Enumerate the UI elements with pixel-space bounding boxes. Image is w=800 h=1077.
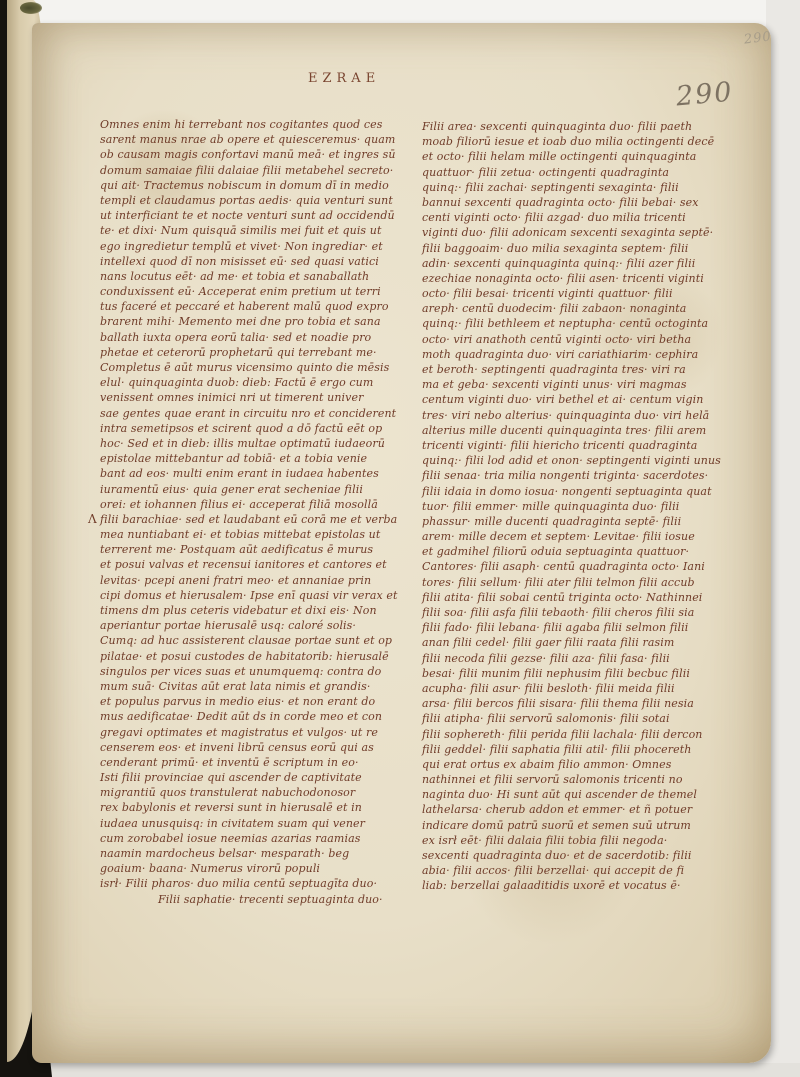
manuscript-line: et gadmihel filiorū oduia septuaginta qu… — [422, 544, 726, 559]
manuscript-line: venissent omnes inimici nri ut timerent … — [100, 390, 396, 405]
manuscript-line: quinq:· filii lod adid et onon· septinge… — [422, 453, 726, 468]
manuscript-line: rex babylonis et reversi sunt in hierusa… — [100, 800, 396, 815]
manuscript-line: indicare domū patrū suorū et semen suū u… — [422, 818, 726, 833]
manuscript-line: timens dm plus ceteris videbatur et dixi… — [100, 603, 396, 618]
manuscript-line: te· et dixi· Num quisquā similis mei fui… — [100, 223, 396, 238]
photographed-manuscript: { "page": { "running_title": "EZRAE", "f… — [0, 0, 800, 1077]
manuscript-line: censerem eos· et inveni librū census eor… — [100, 740, 396, 755]
manuscript-line: phassur· mille ducenti quadraginta septē… — [422, 514, 726, 529]
manuscript-line-indented: Filii saphatie· trecenti septuaginta duo… — [158, 892, 396, 907]
manuscript-line: Omnes enim hi terrebant nos cogitantes q… — [100, 117, 396, 132]
manuscript-line: filii atipha· filii servorū salomonis· f… — [422, 711, 726, 726]
manuscript-line: singulos per vices suas et unumquemq: co… — [100, 664, 396, 679]
manuscript-line: viginti duo· filii adonicam sexcenti sex… — [422, 225, 726, 240]
manuscript-line: Completus ē aūt murus vicensimo quinto d… — [100, 360, 396, 375]
manuscript-line: naginta duo· Hi sunt aūt qui ascender de… — [422, 787, 726, 802]
manuscript-line: Cantores· filii asaph· centū quadraginta… — [422, 559, 726, 574]
manuscript-line: levitas· pcepi aneni fratri meo· et anna… — [100, 573, 396, 588]
manuscript-line: quattuor· filii zetua· octingenti quadra… — [422, 165, 726, 180]
manuscript-line: hoc· Sed et in dieb: illis multae optima… — [100, 436, 396, 451]
manuscript-line: cipi domus et hierusalem· Ipse enī quasi… — [100, 588, 396, 603]
manuscript-line: centi viginti octo· filii azgad· duo mil… — [422, 210, 726, 225]
manuscript-line: ego ingredietur templū et vivet· Non ing… — [100, 239, 396, 254]
manuscript-line: intra semetipsos et scirent quod a dō fa… — [100, 421, 396, 436]
folio-number-pencil: 290 — [743, 29, 772, 47]
marginal-correction-mark: Λ — [88, 512, 97, 526]
manuscript-line: ob causam magis confortavi manū meā· et … — [100, 147, 396, 162]
manuscript-line: gregavi optimates et magistratus et vulg… — [100, 725, 396, 740]
manuscript-line: naamin mardocheus belsar· mesparath· beg — [100, 846, 396, 861]
manuscript-line: tricenti viginti· filii hiericho tricent… — [422, 438, 726, 453]
manuscript-line: liab: berzellai galaaditidis uxorē et vo… — [422, 878, 726, 893]
manuscript-line: filii necoda filii gezse· filii aza· fil… — [422, 651, 726, 666]
manuscript-line: mea nuntiabant ei· et tobias mittebat ep… — [100, 527, 396, 542]
manuscript-line: filii soa· filii asfa filii tebaoth· fil… — [422, 605, 726, 620]
manuscript-line: tuor· filii emmer· mille quinquaginta du… — [422, 499, 726, 514]
manuscript-line: tres· viri nebo alterius· quinquaginta d… — [422, 408, 726, 423]
manuscript-line: isrł· Filii pharos· duo milia centū sept… — [100, 876, 396, 891]
manuscript-line: centum viginti duo· viri bethel et ai· c… — [422, 392, 726, 407]
manuscript-line: qui ait· Tractemus nobiscum in domum dī … — [100, 178, 396, 193]
manuscript-line: iudaea unusquisq: in civitatem suam qui … — [100, 816, 396, 831]
manuscript-line: filii geddel· filii saphatia filii atil·… — [422, 742, 726, 757]
manuscript-line: filii fado· filii lebana· filii agaba fi… — [422, 620, 726, 635]
manuscript-line: epistolae mittebantur ad tobiā· et a tob… — [100, 451, 396, 466]
manuscript-line: octo· filii besai· tricenti viginti quat… — [422, 286, 726, 301]
folio-number-ink: 290 — [675, 77, 735, 113]
text-column-left: Omnes enim hi terrebant nos cogitantes q… — [100, 117, 396, 907]
manuscript-line: filii senaa· tria milia nongenti trigint… — [422, 468, 726, 483]
manuscript-line: tores· filii sellum· filii ater filii te… — [422, 575, 726, 590]
manuscript-line: filii idaia in domo iosua· nongenti sept… — [422, 484, 726, 499]
manuscript-line: templi et claudamus portas aedis· quia v… — [100, 193, 396, 208]
manuscript-line: acupha· filii asur· filii besloth· filii… — [422, 681, 726, 696]
manuscript-line: terrerent me· Postquam aūt aedificatus ē… — [100, 542, 396, 557]
manuscript-line: brarent mihi· Memento mei dne pro tobia … — [100, 314, 396, 329]
manuscript-line: ezechiae nonaginta octo· filii asen· tri… — [422, 271, 726, 286]
manuscript-line: filii atita· filii sobai centū triginta … — [422, 590, 726, 605]
binding-fragment — [20, 2, 42, 14]
photo-background-bottom — [0, 1063, 800, 1077]
running-title: EZRAE — [308, 71, 380, 86]
manuscript-line: quinq:· filii bethleem et neptupha· cent… — [422, 316, 726, 331]
manuscript-line: sae gentes quae erant in circuitu nro et… — [100, 406, 396, 421]
manuscript-line: qui erat ortus ex abaim filio ammon· Omn… — [422, 757, 726, 772]
manuscript-line: alterius mille ducenti quinquaginta tres… — [422, 423, 726, 438]
manuscript-line: nathinnei et filii servorū salomonis tri… — [422, 772, 726, 787]
manuscript-line: et beroth· septingenti quadraginta tres·… — [422, 362, 726, 377]
manuscript-line: sarent manus nrae ab opere et quiescerem… — [100, 132, 396, 147]
manuscript-line: mum suā· Civitas aūt erat lata nimis et … — [100, 679, 396, 694]
photo-background-right — [766, 0, 800, 1077]
manuscript-line: octo· viri anathoth centū viginti octo· … — [422, 332, 726, 347]
manuscript-line: iuramentū eius· quia gener erat sechenia… — [100, 482, 396, 497]
manuscript-line: abia· filii accos· filii berzellai· qui … — [422, 863, 726, 878]
manuscript-line: sexcenti quadraginta duo· et de sacerdot… — [422, 848, 726, 863]
manuscript-page: EZRAE 290 290 Λ Omnes enim hi terrebant … — [32, 23, 771, 1063]
manuscript-line: phetae et ceterorū prophetarū qui terreb… — [100, 345, 396, 360]
manuscript-line: nans locutus eēt· ad me· et tobia et san… — [100, 269, 396, 284]
manuscript-line: lathelarsa· cherub addon et emmer· et ñ … — [422, 802, 726, 817]
manuscript-line: arsa· filii bercos filii sisara· filii t… — [422, 696, 726, 711]
manuscript-line: adin· sexcenti quinquaginta quinq:· fili… — [422, 256, 726, 271]
manuscript-line: cenderant primū· et inventū ē scriptum i… — [100, 755, 396, 770]
manuscript-line: Isti filii provinciae qui ascender de ca… — [100, 770, 396, 785]
manuscript-line: et posui valvas et recensui ianitores et… — [100, 557, 396, 572]
manuscript-line: ut interficiant te et nocte venturi sunt… — [100, 208, 396, 223]
manuscript-line: et populus parvus in medio eius· et non … — [100, 694, 396, 709]
manuscript-line: cum zorobabel iosue neemias azarias raam… — [100, 831, 396, 846]
manuscript-line: quinq:· filii zachai· septingenti sexagi… — [422, 180, 726, 195]
manuscript-line: bannui sexcenti quadraginta octo· filii … — [422, 195, 726, 210]
manuscript-line: domum samaiae filii dalaiae filii metabe… — [100, 163, 396, 178]
manuscript-line: aperiantur portae hierusalē usq: caloré … — [100, 618, 396, 633]
manuscript-line: besai· filii munim filii nephusim filii … — [422, 666, 726, 681]
manuscript-line: filii sophereth· filii perida filii lach… — [422, 727, 726, 742]
manuscript-line: ma et geba· sexcenti viginti unus· viri … — [422, 377, 726, 392]
manuscript-line: elul· quinquaginta duob: dieb: Factū ē e… — [100, 375, 396, 390]
manuscript-line: et octo· filii helam mille octingenti qu… — [422, 149, 726, 164]
manuscript-line: moth quadraginta duo· viri cariathiarim·… — [422, 347, 726, 362]
manuscript-line: filii baggoaim· duo milia sexaginta sept… — [422, 241, 726, 256]
manuscript-line: conduxissent eū· Acceperat enim pretium … — [100, 284, 396, 299]
manuscript-line: ex isrł eēt· filii dalaia filii tobia fi… — [422, 833, 726, 848]
manuscript-line: arem· mille decem et septem· Levitae· fi… — [422, 529, 726, 544]
manuscript-line: goaium· baana· Numerus virorū populi — [100, 861, 396, 876]
manuscript-line: filii barachiae· sed et laudabant eū cor… — [100, 512, 396, 527]
manuscript-line: bant ad eos· multi enim erant in iudaea … — [100, 466, 396, 481]
manuscript-line: migrantiū quos transtulerat nabuchodonos… — [100, 785, 396, 800]
manuscript-line: pilatae· et posui custodes de habitatori… — [100, 649, 396, 664]
manuscript-line: areph· centū duodecim· filii zabaon· non… — [422, 301, 726, 316]
manuscript-line: tus faceré et peccaré et haberent malū q… — [100, 299, 396, 314]
manuscript-line: intellexi quod dī non misisset eū· sed q… — [100, 254, 396, 269]
manuscript-line: mus aedificatae· Dedit aūt ds in corde m… — [100, 709, 396, 724]
manuscript-line: ballath iuxta opera eorū talia· sed et n… — [100, 330, 396, 345]
manuscript-line: Filii area· sexcenti quinquaginta duo· f… — [422, 119, 726, 134]
manuscript-line: orei: et iohannen filius ei· acceperat f… — [100, 497, 396, 512]
manuscript-line: anan filii cedel· filii gaer filii raata… — [422, 635, 726, 650]
manuscript-line: moab filiorū iesue et ioab duo milia oct… — [422, 134, 726, 149]
text-column-right: Filii area· sexcenti quinquaginta duo· f… — [422, 119, 726, 894]
manuscript-line: Cumq: ad huc assisterent clausae portae … — [100, 633, 396, 648]
